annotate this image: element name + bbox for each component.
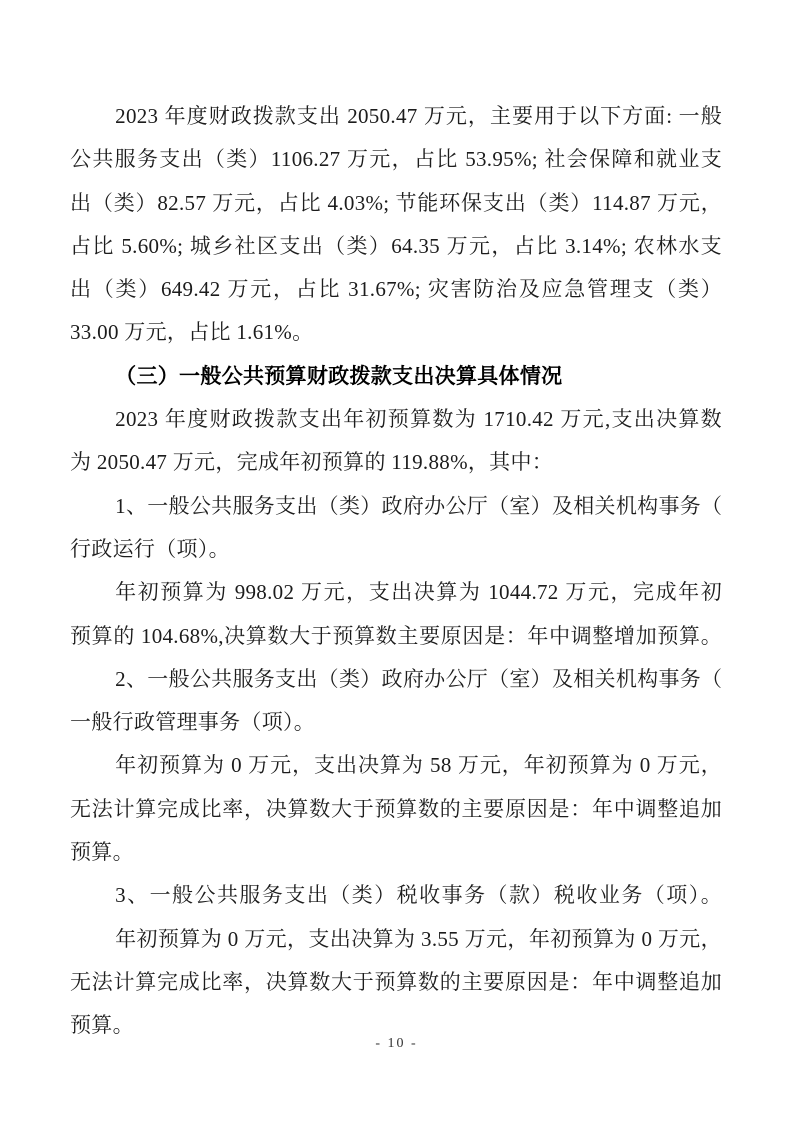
text-line: 出（类）649.42 万元，占比 31.67%; 灾害防治及应急管理支（类） xyxy=(70,268,722,311)
text-line: 年初预算为 998.02 万元，支出决算为 1044.72 万元，完成年初 xyxy=(70,571,722,614)
text-line: 公共服务支出（类）1106.27 万元，占比 53.95%; 社会保障和就业支 xyxy=(70,138,722,181)
text-line: 预算。 xyxy=(70,831,722,874)
text-line: 无法计算完成比率，决算数大于预算数的主要原因是：年中调整追加 xyxy=(70,788,722,831)
text-line: 占比 5.60%; 城乡社区支出（类）64.35 万元，占比 3.14%; 农林… xyxy=(70,225,722,268)
text-line: 2、一般公共服务支出（类）政府办公厅（室）及相关机构事务（款） xyxy=(70,658,722,701)
text-line: 3、一般公共服务支出（类）税收事务（款）税收业务（项）。 xyxy=(70,874,722,917)
document-page: 2023 年度财政拨款支出 2050.47 万元，主要用于以下方面: 一般公共服… xyxy=(0,0,793,1122)
text-line: 行政运行（项）。 xyxy=(70,528,722,571)
text-line: 年初预算为 0 万元，支出决算为 58 万元，年初预算为 0 万元， xyxy=(70,744,722,787)
text-line: 一般行政管理事务（项）。 xyxy=(70,701,722,744)
page-number: - 10 - xyxy=(0,1036,793,1052)
text-line: 2023 年度财政拨款支出年初预算数为 1710.42 万元,支出决算数 xyxy=(70,398,722,441)
text-line: 无法计算完成比率，决算数大于预算数的主要原因是：年中调整追加 xyxy=(70,961,722,1004)
text-line: 为 2050.47 万元，完成年初预算的 119.88%，其中： xyxy=(70,441,722,484)
text-line: 预算的 104.68%,决算数大于预算数主要原因是：年中调整增加预算。 xyxy=(70,615,722,658)
text-line: 2023 年度财政拨款支出 2050.47 万元，主要用于以下方面: 一般 xyxy=(70,95,722,138)
text-line: 年初预算为 0 万元，支出决算为 3.55 万元，年初预算为 0 万元， xyxy=(70,918,722,961)
text-line: 33.00 万元，占比 1.61%。 xyxy=(70,311,722,354)
text-line: 出（类）82.57 万元，占比 4.03%; 节能环保支出（类）114.87 万… xyxy=(70,182,722,225)
document-body: 2023 年度财政拨款支出 2050.47 万元，主要用于以下方面: 一般公共服… xyxy=(70,95,722,1048)
text-line: 1、一般公共服务支出（类）政府办公厅（室）及相关机构事务（款） xyxy=(70,485,722,528)
section-heading: （三）一般公共预算财政拨款支出决算具体情况 xyxy=(70,355,722,398)
